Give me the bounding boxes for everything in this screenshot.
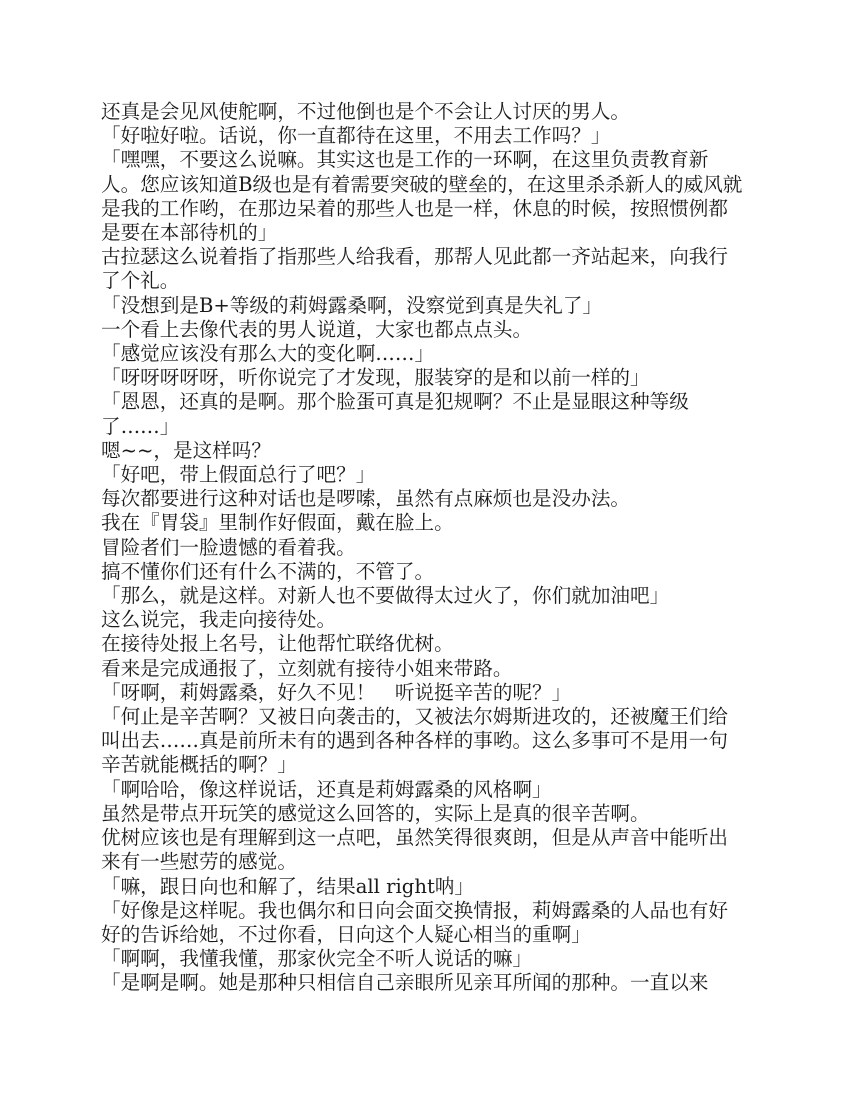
- paragraph: 「何止是辛苦啊？又被日向袭击的，又被法尔姆斯进攻的，还被魔王们给叫出去……真是前…: [101, 705, 746, 778]
- paragraph: 在接待处报上名号，让他帮忙联络优树。: [101, 632, 746, 656]
- paragraph: 「恩恩，还真的是啊。那个脸蛋可真是犯规啊？不止是显眼这种等级了……」: [101, 390, 746, 438]
- paragraph: 「没想到是B+等级的莉姆露桑啊，没察觉到真是失礼了」: [101, 294, 746, 318]
- paragraph: 一个看上去像代表的男人说道，大家也都点点头。: [101, 318, 746, 342]
- paragraph: 「感觉应该没有那么大的变化啊……」: [101, 342, 746, 366]
- paragraph: 虽然是带点开玩笑的感觉这么回答的，实际上是真的很辛苦啊。: [101, 802, 746, 826]
- paragraph: 「呀啊，莉姆露桑，好久不见！ 听说挺辛苦的呢？」: [101, 681, 746, 705]
- paragraph: 冒险者们一脸遗憾的看着我。: [101, 536, 746, 560]
- paragraph: 古拉瑟这么说着指了指那些人给我看，那帮人见此都一齐站起来，向我行了个礼。: [101, 245, 746, 293]
- paragraph: 「那么，就是这样。对新人也不要做得太过火了，你们就加油吧」: [101, 584, 746, 608]
- paragraph: 看来是完成通报了，立刻就有接待小姐来带路。: [101, 657, 746, 681]
- paragraph: 我在『胃袋』里制作好假面，戴在脸上。: [101, 511, 746, 535]
- paragraph: 搞不懂你们还有什么不满的，不管了。: [101, 560, 746, 584]
- paragraph: 「嘛，跟日向也和解了，结果all right呐」: [101, 875, 746, 899]
- paragraph: 这么说完，我走向接待处。: [101, 608, 746, 632]
- paragraph: 还真是会见风使舵啊，不过他倒也是个不会让人讨厌的男人。: [101, 100, 746, 124]
- paragraph: 「好吧，带上假面总行了吧？」: [101, 463, 746, 487]
- paragraph: 嗯~~，是这样吗？: [101, 439, 746, 463]
- paragraph: 「呀呀呀呀呀，听你说完了才发现，服装穿的是和以前一样的」: [101, 366, 746, 390]
- paragraph: 每次都要进行这种对话也是啰嗦，虽然有点麻烦也是没办法。: [101, 487, 746, 511]
- paragraph: 优树应该也是有理解到这一点吧，虽然笑得很爽朗，但是从声音中能听出来有一些慰劳的感…: [101, 826, 746, 874]
- paragraph: 「好像是这样呢。我也偶尔和日向会面交换情报，莉姆露桑的人品也有好好的告诉给她，不…: [101, 899, 746, 947]
- paragraph: 「啊哈哈，像这样说话，还真是莉姆露桑的风格啊」: [101, 778, 746, 802]
- paragraph: 「啊啊，我懂我懂，那家伙完全不听人说话的嘛」: [101, 947, 746, 971]
- document-page: 还真是会见风使舵啊，不过他倒也是个不会让人讨厌的男人。 「好啦好啦。话说，你一直…: [101, 100, 746, 996]
- paragraph: 「好啦好啦。话说，你一直都待在这里，不用去工作吗？」: [101, 124, 746, 148]
- paragraph: 「嘿嘿，不要这么说嘛。其实这也是工作的一环啊，在这里负责教育新人。您应该知道B级…: [101, 148, 746, 245]
- paragraph: 「是啊是啊。她是那种只相信自己亲眼所见亲耳所闻的那种。一直以来: [101, 971, 746, 995]
